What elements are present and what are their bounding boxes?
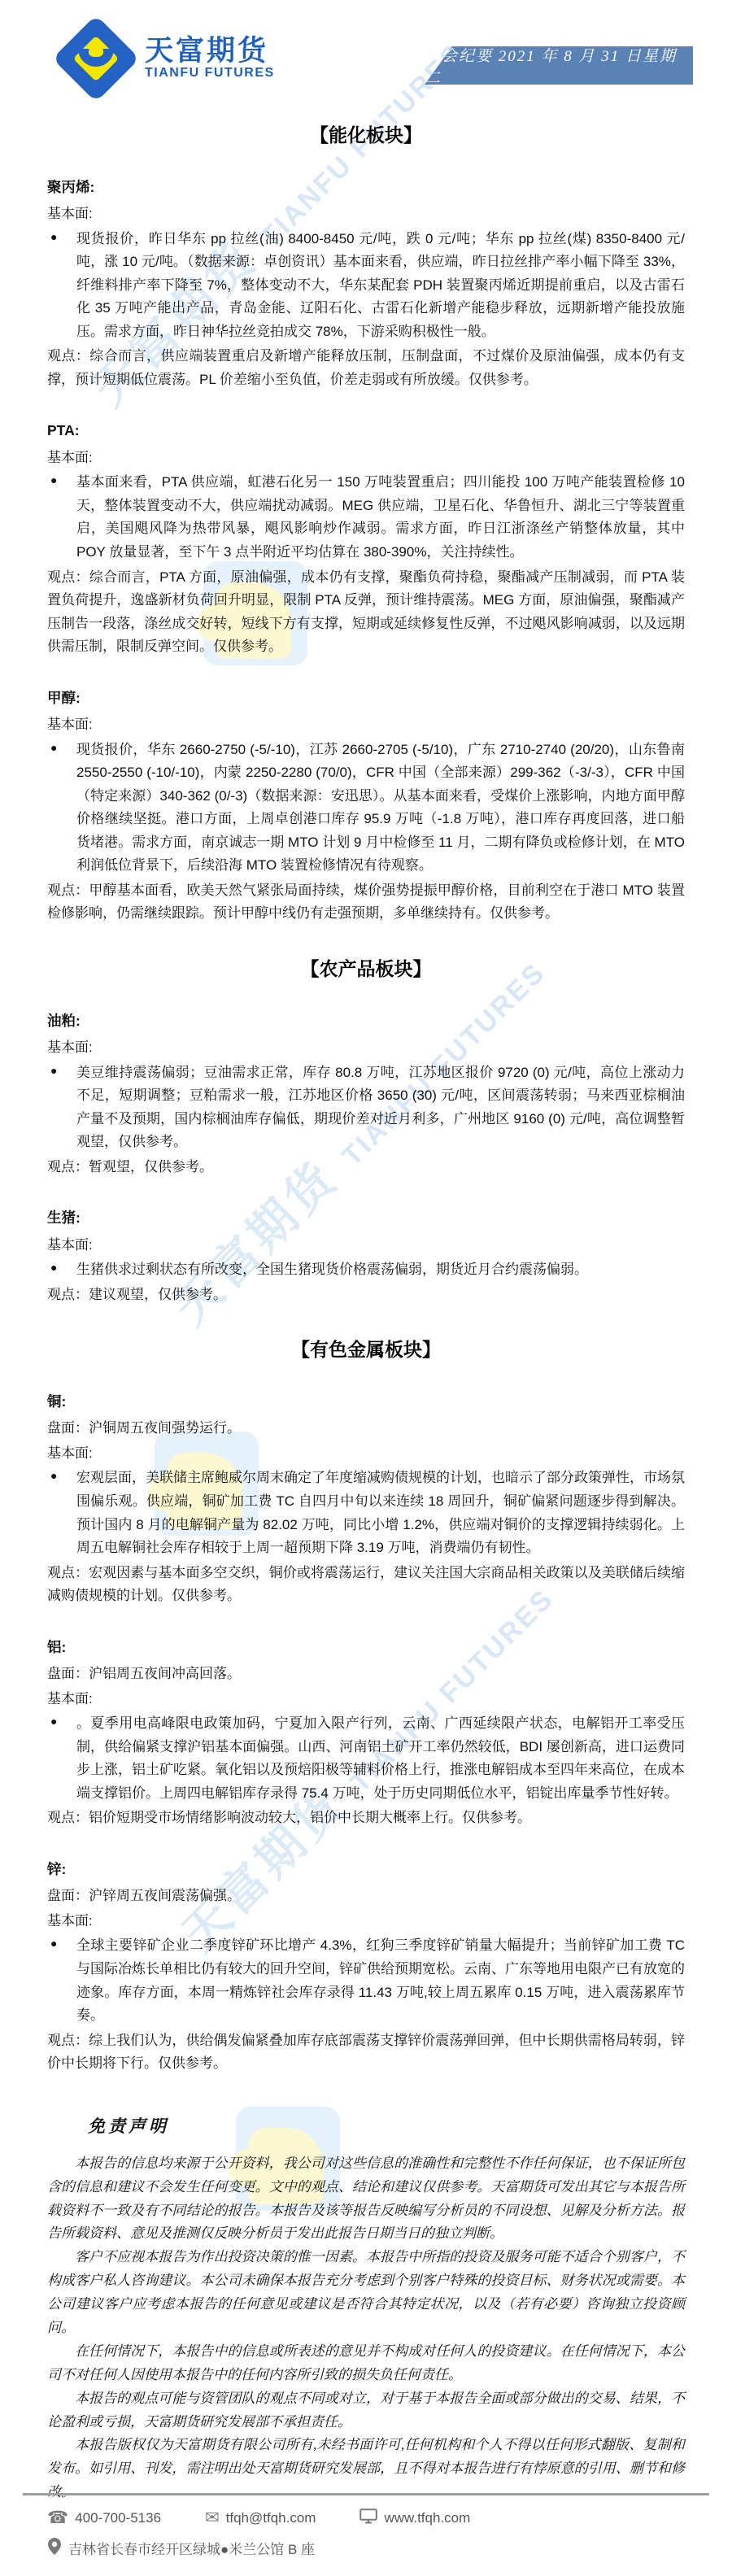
fundamentals-label: 基本面: xyxy=(47,1688,685,1711)
disclaimer-paragraph: 本报告的观点可能与资管团队的观点不同或对立，对于基于本报告全面或部分做出的交易、… xyxy=(47,2387,685,2434)
fundamentals-label: 基本面: xyxy=(47,713,685,737)
phone-icon: ☎ xyxy=(47,2509,68,2526)
report-body: 【能化板块】 聚丙烯: 基本面: 现货报价，昨日华东 pp 拉丝(油) 8400… xyxy=(0,120,732,2076)
viewpoint-paragraph: 观点：综上我们认为，供给偶发偏紧叠加库存底部震荡支撑锌价震荡弹回弹，但中长期供需… xyxy=(47,2029,685,2076)
fundamentals-label: 基本面: xyxy=(47,203,685,226)
commodity-name: 聚丙烯: xyxy=(47,176,685,199)
fundamentals-bullet: 。夏季用电高峰限电政策加码，宁夏加入限产行列，云南、广西延续限产状态，电解铝开工… xyxy=(47,1712,685,1805)
commodity-name: PTA: xyxy=(47,419,685,442)
market-action-line: 盘面：沪铝周五夜间冲高回落。 xyxy=(47,1663,685,1686)
report-header: 天富期货 TIANFU FUTURES 晨会纪要 2021 年 8 月 31 日… xyxy=(0,0,732,102)
footer-contact-row: ☎ 400-700-5136 ✉ tfqh@tfqh.com www.tfqh.… xyxy=(47,2508,685,2527)
market-action-line: 盘面：沪铜周五夜间强势运行。 xyxy=(47,1417,685,1441)
fundamentals-bullet: 现货报价，华东 2660-2750 (-5/-10)，江苏 2660-2705 … xyxy=(47,739,685,878)
commodity-name: 生猪: xyxy=(47,1206,685,1230)
logo-diamond-icon xyxy=(59,21,133,96)
fundamentals-label: 基本面: xyxy=(47,1910,685,1933)
section-title-energy-chemicals: 【能化板块】 xyxy=(47,120,685,151)
location-pin-icon xyxy=(47,2537,62,2559)
commodity-block-oils-meals: 油粕: 基本面: 美豆维持震荡偏弱；豆油需求正常，库存 80.8 万吨，江苏地区… xyxy=(47,1009,685,1179)
footer-phone: ☎ 400-700-5136 xyxy=(47,2509,161,2526)
disclaimer-title: 免责声明 xyxy=(88,2113,685,2138)
address-text: 吉林省长春市经开区绿城●米兰公馆 B 座 xyxy=(68,2538,315,2558)
viewpoint-paragraph: 观点：宏观因素与基本面多空交织，铜价或将震荡运行，建议关注国大宗商品相关政策以及… xyxy=(47,1562,685,1608)
viewpoint-paragraph: 观点：铝价短期受市场情绪影响波动较大，铝价中长期大概率上行。仅供参考。 xyxy=(47,1807,685,1830)
fundamentals-bullet: 基本面来看，PTA 供应端，虹港石化另一 150 万吨装置重启；四川能投 100… xyxy=(47,471,685,564)
footer-address: 吉林省长春市经开区绿城●米兰公馆 B 座 xyxy=(47,2537,315,2559)
fundamentals-bullet: 现货报价，昨日华东 pp 拉丝(油) 8400-8450 元/吨，跌 0 元/吨… xyxy=(47,228,685,344)
disclaimer-paragraph: 在任何情况下，本报告中的信息或所表述的意见并不构成对任何人的投资建议。在任何情况… xyxy=(47,2340,685,2387)
report-page: 天富期货 TIANFU FUTURES 天富期货 TIANFU FUTURES … xyxy=(0,0,732,2576)
commodity-name: 铜: xyxy=(47,1390,685,1414)
fundamentals-label: 基本面: xyxy=(47,1036,685,1060)
issue-banner: 晨会纪要 2021 年 8 月 31 日星期二 xyxy=(425,46,693,85)
section-title-nonferrous-metals: 【有色金属板块】 xyxy=(47,1334,685,1366)
fundamentals-bullet: 全球主要锌矿企业二季度锌矿环比增产 4.3%，红狗三季度锌矿销量大幅提升；当前锌… xyxy=(47,1934,685,2027)
footer-divider xyxy=(23,2493,709,2495)
fundamentals-bullet: 生猪供求过剩状态有所改变，全国生猪现货价格震荡偏弱，期货近月合约震荡偏弱。 xyxy=(47,1258,685,1282)
envelope-icon: ✉ xyxy=(205,2509,220,2526)
disclaimer-paragraph: 客户不应视本报告为作出投资决策的惟一因素。本报告中所指的投资及服务可能不适合个别… xyxy=(47,2246,685,2340)
commodity-name: 甲醇: xyxy=(47,686,685,710)
disclaimer-section: 免责声明 本报告的信息均来源于公开资料，我公司对这些信息的准确性和完整性不作任何… xyxy=(0,2113,732,2504)
commodity-block-polypropylene: 聚丙烯: 基本面: 现货报价，昨日华东 pp 拉丝(油) 8400-8450 元… xyxy=(47,176,685,392)
company-name-cn: 天富期货 xyxy=(145,37,275,67)
fundamentals-label: 基本面: xyxy=(47,447,685,470)
commodity-name: 油粕: xyxy=(47,1009,685,1033)
commodity-block-hogs: 生猪: 基本面: 生猪供求过剩状态有所改变，全国生猪现货价格震荡偏弱，期货近月合… xyxy=(47,1206,685,1306)
market-action-line: 盘面：沪锌周五夜间震荡偏强。 xyxy=(47,1885,685,1908)
fundamentals-label: 基本面: xyxy=(47,1234,685,1257)
footer-email: ✉ tfqh@tfqh.com xyxy=(205,2509,316,2526)
website-link[interactable]: www.tfqh.com xyxy=(384,2510,470,2526)
commodity-block-pta: PTA: 基本面: 基本面来看，PTA 供应端，虹港石化另一 150 万吨装置重… xyxy=(47,419,685,658)
issue-banner-text: 晨会纪要 2021 年 8 月 31 日星期二 xyxy=(425,44,693,88)
viewpoint-paragraph: 观点：建议观望，仅供参考。 xyxy=(47,1284,685,1307)
viewpoint-paragraph: 观点：甲醇基本面看，欧美天然气紧张局面持续，煤价强势提振甲醇价格，目前利空在于港… xyxy=(47,879,685,926)
viewpoint-paragraph: 观点：综合而言，PTA 方面，原油偏强，成本仍有支撑，聚酯负荷持稳，聚酯减产压制… xyxy=(47,566,685,659)
monitor-icon xyxy=(359,2508,377,2527)
commodity-name: 锌: xyxy=(47,1858,685,1881)
footer-website: www.tfqh.com xyxy=(359,2508,470,2527)
report-footer: ☎ 400-700-5136 ✉ tfqh@tfqh.com www.tfqh.… xyxy=(0,2493,732,2576)
commodity-block-copper: 铜: 盘面：沪铜周五夜间强势运行。 基本面: 宏观层面，美联储主席鲍威尔周末确定… xyxy=(47,1390,685,1608)
email-link[interactable]: tfqh@tfqh.com xyxy=(226,2510,316,2526)
commodity-block-methanol: 甲醇: 基本面: 现货报价，华东 2660-2750 (-5/-10)，江苏 2… xyxy=(47,686,685,926)
phone-number: 400-700-5136 xyxy=(75,2510,161,2526)
section-title-agriculture: 【农产品板块】 xyxy=(47,953,685,985)
disclaimer-paragraph: 本报告的信息均来源于公开资料，我公司对这些信息的准确性和完整性不作任何保证，也不… xyxy=(47,2152,685,2247)
commodity-name: 铝: xyxy=(47,1636,685,1659)
company-name-en: TIANFU FUTURES xyxy=(145,66,275,81)
company-logo: 天富期货 TIANFU FUTURES xyxy=(59,21,275,96)
fundamentals-bullet: 美豆维持震荡偏弱；豆油需求正常，库存 80.8 万吨，江苏地区报价 9720 (… xyxy=(47,1061,685,1154)
commodity-block-aluminum: 铝: 盘面：沪铝周五夜间冲高回落。 基本面: 。夏季用电高峰限电政策加码，宁夏加… xyxy=(47,1636,685,1830)
viewpoint-paragraph: 观点：综合而言，供应端装置重启及新增产能释放压制，压制盘面，不过煤价及原油偏强，… xyxy=(47,345,685,391)
commodity-block-zinc: 锌: 盘面：沪锌周五夜间震荡偏强。 基本面: 全球主要锌矿企业二季度锌矿环比增产… xyxy=(47,1858,685,2076)
fundamentals-bullet: 宏观层面，美联储主席鲍威尔周末确定了年度缩减购债规模的计划，也暗示了部分政策弹性… xyxy=(47,1467,685,1559)
footer-address-row: 吉林省长春市经开区绿城●米兰公馆 B 座 xyxy=(47,2537,685,2559)
fundamentals-label: 基本面: xyxy=(47,1442,685,1466)
company-name: 天富期货 TIANFU FUTURES xyxy=(145,37,275,81)
viewpoint-paragraph: 观点：暂观望，仅供参考。 xyxy=(47,1156,685,1179)
